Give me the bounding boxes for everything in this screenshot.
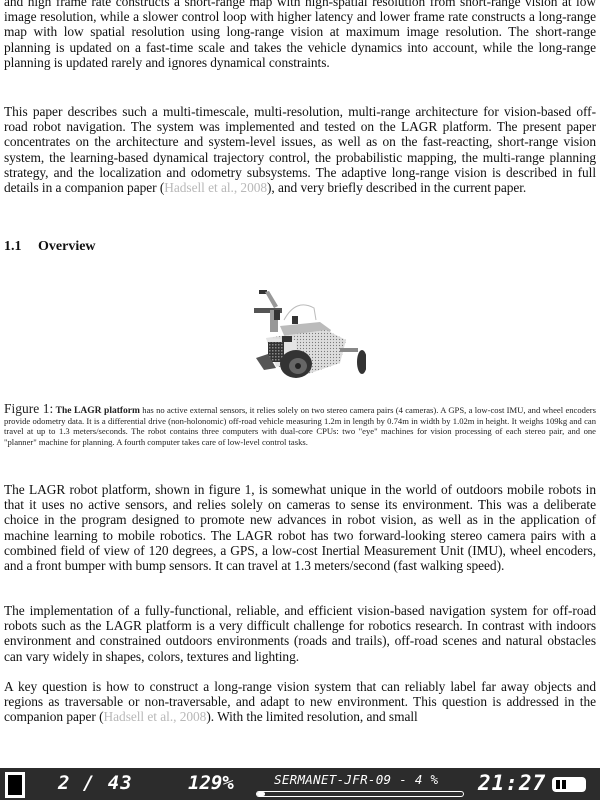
clock: 21:27 [478, 771, 546, 795]
citation-link[interactable]: Hadsell et al., 2008 [104, 709, 207, 724]
progress-fill [257, 792, 265, 796]
citation-link[interactable]: Hadsell et al., 2008 [164, 180, 267, 195]
paragraph-paper-description: This paper describes such a multi-timesc… [4, 104, 596, 195]
battery-cell [556, 780, 560, 789]
section-heading: 1.1Overview [4, 238, 96, 256]
paragraph-implementation: The implementation of a fully-functional… [4, 603, 596, 664]
battery-cell [562, 780, 566, 789]
document-page[interactable]: and high frame rate constructs a short-r… [0, 0, 600, 768]
paragraph-key-question: A key question is how to construct a lon… [4, 679, 596, 725]
paragraph-intro-continued: and high frame rate constructs a short-r… [4, 0, 596, 70]
lagr-robot-icon [236, 278, 366, 378]
paragraph-text: ). With the limited resolution, and smal… [206, 709, 417, 724]
battery-icon [552, 777, 586, 792]
document-title: SERMANET-JFR-09 - 4 % [274, 772, 438, 787]
section-title: Overview [38, 239, 96, 254]
reading-progress-bar[interactable] [256, 791, 464, 797]
paragraph-lagr-platform: The LAGR robot platform, shown in figure… [4, 482, 596, 573]
paragraph-text: ), and very briefly described in the cur… [267, 180, 526, 195]
page-icon[interactable] [5, 772, 25, 798]
caption-bold-title: The LAGR platform [56, 406, 140, 416]
reader-status-bar: 2 / 43 129% SERMANET-JFR-09 - 4 % 21:27 [0, 768, 600, 800]
figure-caption: Figure 1: The LAGR platform has no activ… [4, 404, 596, 447]
robot-figure-image [236, 278, 366, 378]
zoom-level[interactable]: 129% [188, 772, 234, 794]
page-counter[interactable]: 2 / 43 [58, 772, 133, 794]
section-number: 1.1 [4, 238, 38, 256]
figure-label: Figure 1: [4, 401, 53, 416]
